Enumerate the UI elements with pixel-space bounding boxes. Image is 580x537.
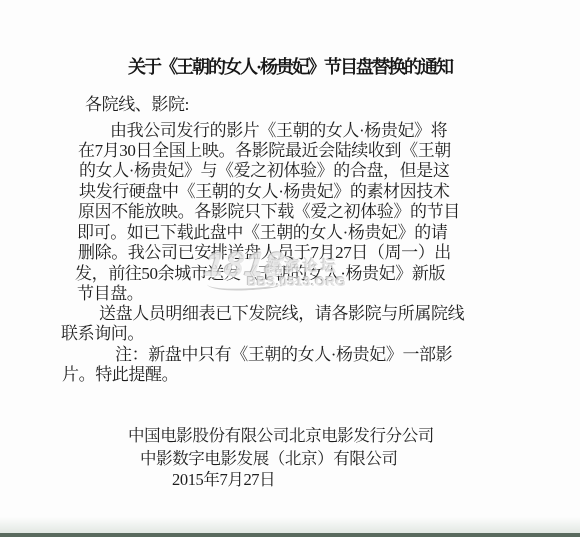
bottom-fade xyxy=(0,517,580,533)
body-line: 发，前往50余城市送发《王朝的女人·杨贵妃》新版 xyxy=(75,264,445,284)
signature-company-2: 中影数字电影发展（北京）有限公司 xyxy=(140,449,398,469)
body-line: 注：新盘中只有《王朝的女人·杨贵妃》一部影 xyxy=(115,345,452,365)
salutation: 各院线、影院: xyxy=(85,95,189,115)
body-line: 联系询问。 xyxy=(61,324,144,344)
signature-company-1: 中国电影股份有限公司北京电影发行分公司 xyxy=(128,426,434,446)
body-line: 片。特此提醒。 xyxy=(62,365,178,385)
bottom-bar xyxy=(0,533,580,537)
body-line: 在7月30日全国上映。各影院最近会陆续收到《王朝 xyxy=(78,141,451,161)
body-line: 送盘人员明细表已下发院线，请各影院与所属院线 xyxy=(99,304,464,324)
body-line: 节目盘。 xyxy=(77,284,143,304)
body-line: 的女人·杨贵妃》与《爱之初体验》的合盘，但是这 xyxy=(79,161,449,181)
document-page: 关于《王朝的女人·杨贵妃》节目盘替换的通知 各院线、影院: 由我公司发行的影片《… xyxy=(0,0,580,537)
body-line: 原因不能放映。各影院只下载《爱之初体验》的节目 xyxy=(78,202,460,222)
body-line: 由我公司发行的影片《王朝的女人·杨贵妃》将 xyxy=(110,121,447,141)
notice-title: 关于《王朝的女人·杨贵妃》节目盘替换的通知 xyxy=(0,53,580,79)
body-line: 删除。我公司已安排送盘人员于7月27日（周一）出 xyxy=(78,243,451,263)
signature-date: 2015年7月27日 xyxy=(172,470,275,490)
body-line: 即可。如已下载此盘中《王朝的女人·杨贵妃》的请 xyxy=(77,223,447,243)
body-line: 块发行硬盘中《王朝的女人·杨贵妃》的素材因技术 xyxy=(79,182,449,202)
